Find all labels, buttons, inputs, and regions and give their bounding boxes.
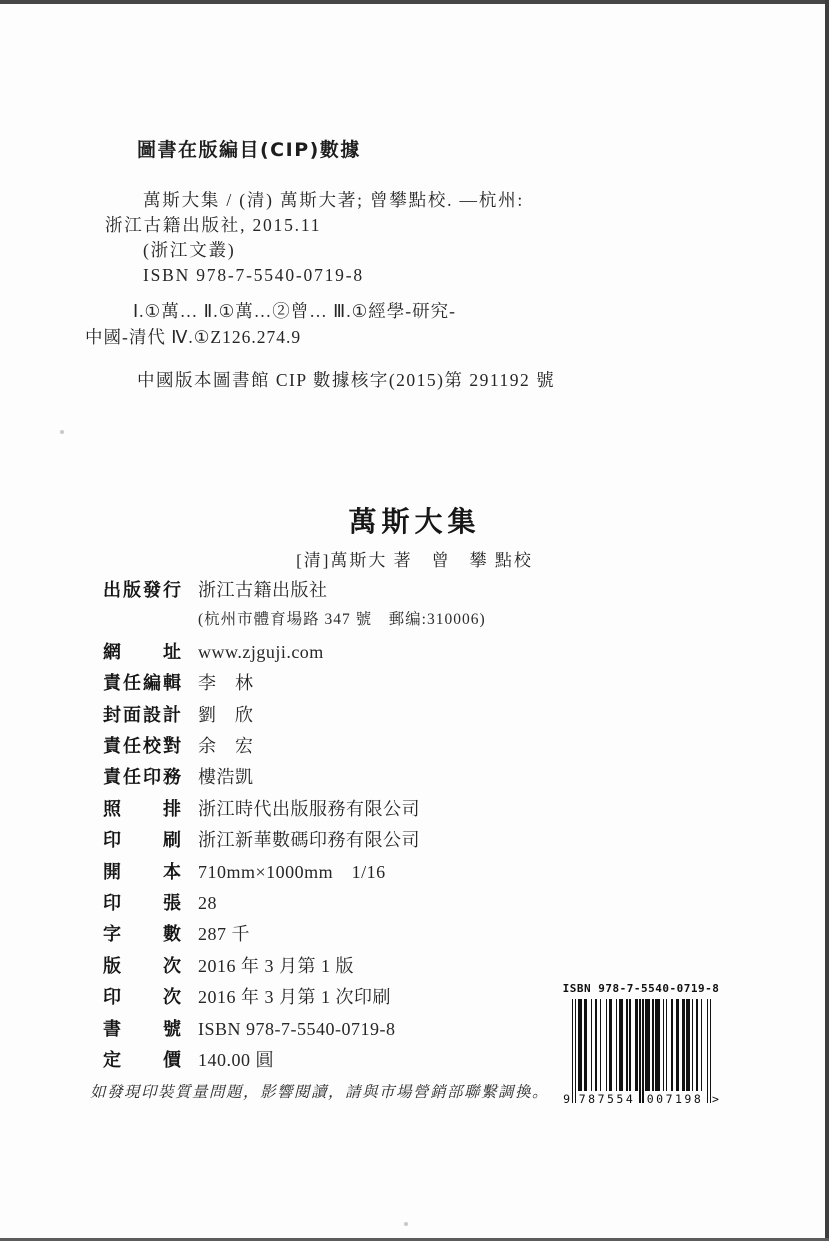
cip-line: 浙江古籍出版社, 2015.11 xyxy=(105,213,524,238)
colophon-value: 浙江古籍出版社 xyxy=(181,576,328,602)
colophon-row: 字數287 千 xyxy=(103,920,623,951)
cip-header: 圖書在版編目(CIP)數據 xyxy=(137,135,361,162)
colophon-label: 書號 xyxy=(103,1015,181,1041)
colophon-label: 印張 xyxy=(103,889,181,915)
colophon-value: www.zjguji.com xyxy=(181,642,324,663)
colophon-label: 責任校對 xyxy=(103,732,181,758)
barcode-bar xyxy=(676,999,679,1091)
barcode-bar xyxy=(663,999,664,1091)
colophon-label: 網址 xyxy=(103,638,181,664)
scan-edge-right xyxy=(825,0,829,1241)
scan-speck xyxy=(404,1222,408,1226)
colophon-value: 28 xyxy=(181,893,217,914)
scan-speck xyxy=(60,430,64,434)
colophon-label: 照排 xyxy=(103,795,181,821)
barcode-bar xyxy=(606,999,607,1091)
barcode-bars xyxy=(572,999,711,1103)
barcode-bar xyxy=(696,999,697,1091)
book-title: 萬斯大集 xyxy=(0,500,829,540)
barcode-bar xyxy=(635,999,638,1091)
barcode-digit-group2: 007198 xyxy=(645,1092,705,1106)
colophon-label: 責任編輯 xyxy=(103,669,181,695)
barcode-bar xyxy=(692,999,693,1091)
colophon-row: 責任校對余 宏 xyxy=(103,732,623,763)
colophon-row: 印刷浙江新華數碼印務有限公司 xyxy=(103,826,623,857)
barcode-bar xyxy=(686,999,690,1091)
colophon-label: 印次 xyxy=(103,983,181,1009)
barcode-bar xyxy=(591,999,592,1091)
colophon-label: 出版發行 xyxy=(103,576,181,602)
colophon-row: 網址www.zjguji.com xyxy=(103,638,623,669)
barcode-digit-lead: 9 xyxy=(556,1092,570,1106)
colophon-value: 劉 欣 xyxy=(181,701,254,727)
colophon-value: 2016 年 3 月第 1 版 xyxy=(181,952,354,978)
scan-edge-top xyxy=(0,0,829,4)
barcode-bar xyxy=(629,999,630,1091)
colophon-row: 照排浙江時代出版服務有限公司 xyxy=(103,795,623,826)
barcode-bar xyxy=(666,999,667,1091)
colophon-value: 287 千 xyxy=(181,920,250,946)
colophon-value: ISBN 978-7-5540-0719-8 xyxy=(181,1019,396,1040)
cip-line: 萬斯大集 / (清) 萬斯大著; 曾攀點校. —杭州: xyxy=(105,188,524,213)
colophon-row: 開本710mm×1000mm 1/16 xyxy=(103,858,623,889)
colophon: 出版發行浙江古籍出版社(杭州市體育場路 347 號 郵编:310006)網址ww… xyxy=(103,576,623,1077)
barcode-bar xyxy=(652,999,653,1091)
colophon-row: 定價140.00 圓 xyxy=(103,1046,623,1077)
barcode-trailer: > xyxy=(712,1092,719,1106)
colophon-value: 樓浩凱 xyxy=(181,763,254,789)
colophon-row: 書號ISBN 978-7-5540-0719-8 xyxy=(103,1015,623,1046)
colophon-value: 浙江時代出版服務有限公司 xyxy=(181,795,420,821)
cip-line: ISBN 978-7-5540-0719-8 xyxy=(105,263,524,288)
barcode-bar xyxy=(671,999,672,1091)
colophon-row: 印次2016 年 3 月第 1 次印刷 xyxy=(103,983,623,1014)
colophon-value: 浙江新華數碼印務有限公司 xyxy=(181,826,420,852)
book-byline: [清]萬斯大 著 曾 攀 點校 xyxy=(0,546,829,571)
colophon-label: 封面設計 xyxy=(103,701,181,727)
barcode-bar xyxy=(655,999,659,1091)
cip-classification: Ⅰ.①萬… Ⅱ.①萬…②曾… Ⅲ.①經學-研究- 中國-清代 Ⅳ.①Z126.2… xyxy=(85,298,456,350)
barcode-bar xyxy=(710,999,711,1103)
barcode-bar xyxy=(642,999,643,1103)
colophon-value: 2016 年 3 月第 1 次印刷 xyxy=(181,983,391,1009)
colophon-label: 定價 xyxy=(103,1046,181,1072)
colophon-label: 印刷 xyxy=(103,826,181,852)
barcode-bar xyxy=(584,999,587,1091)
colophon-label: 責任印務 xyxy=(103,763,181,789)
copyright-page: 圖書在版編目(CIP)數據 萬斯大集 / (清) 萬斯大著; 曾攀點校. —杭州… xyxy=(0,0,829,1241)
colophon-value: 李 林 xyxy=(181,669,254,695)
cip-classification-line: 中國-清代 Ⅳ.①Z126.274.9 xyxy=(85,324,456,350)
colophon-label: 字數 xyxy=(103,920,181,946)
barcode-bar xyxy=(595,999,596,1091)
barcode-bar xyxy=(701,999,702,1091)
barcode-bar xyxy=(616,999,617,1091)
barcode-bar xyxy=(619,999,623,1091)
cip-line: (浙江文叢) xyxy=(105,238,524,263)
colophon-label: 版次 xyxy=(103,952,181,978)
barcode-bar xyxy=(600,999,601,1091)
colophon-value: (杭州市體育場路 347 號 郵编:310006) xyxy=(181,607,486,629)
colophon-row: 責任印務樓浩凱 xyxy=(103,763,623,794)
barcode-digits: 9 787554 007198 > xyxy=(556,1092,728,1105)
barcode-bar xyxy=(707,999,708,1103)
barcode-bar xyxy=(609,999,612,1091)
colophon-row: (杭州市體育場路 347 號 郵编:310006) xyxy=(103,607,623,638)
barcode-bar xyxy=(626,999,627,1091)
colophon-row: 印張28 xyxy=(103,889,623,920)
barcode-bar xyxy=(639,999,640,1103)
colophon-label: 開本 xyxy=(103,858,181,884)
colophon-row: 版次2016 年 3 月第 1 版 xyxy=(103,952,623,983)
quality-notice: 如發現印裝質量問題，影響閱讀，請與市場營銷部聯繫調換。 xyxy=(90,1080,549,1102)
barcode-isbn-text: ISBN 978-7-5540-0719-8 xyxy=(562,982,720,996)
colophon-row: 出版發行浙江古籍出版社 xyxy=(103,576,623,607)
barcode-bar xyxy=(575,999,576,1103)
colophon-value: 140.00 圓 xyxy=(181,1046,274,1072)
cip-classification-line: Ⅰ.①萬… Ⅱ.①萬…②曾… Ⅲ.①經學-研究- xyxy=(85,298,456,324)
barcode-bar xyxy=(578,999,582,1091)
colophon-value: 710mm×1000mm 1/16 xyxy=(181,858,386,884)
cip-description: 萬斯大集 / (清) 萬斯大著; 曾攀點校. —杭州: 浙江古籍出版社, 201… xyxy=(105,188,524,288)
colophon-row: 封面設計劉 欣 xyxy=(103,701,623,732)
barcode-bar xyxy=(645,999,649,1091)
colophon-value: 余 宏 xyxy=(181,732,254,758)
barcode-digit-group1: 787554 xyxy=(577,1092,637,1106)
barcode-bar xyxy=(572,999,573,1103)
barcode-bar xyxy=(682,999,685,1091)
colophon-row: 責任編輯李 林 xyxy=(103,669,623,700)
cip-record-number: 中國版本圖書館 CIP 數據核字(2015)第 291192 號 xyxy=(137,367,555,392)
isbn-barcode: ISBN 978-7-5540-0719-8 9 787554 007198 > xyxy=(556,982,728,1103)
